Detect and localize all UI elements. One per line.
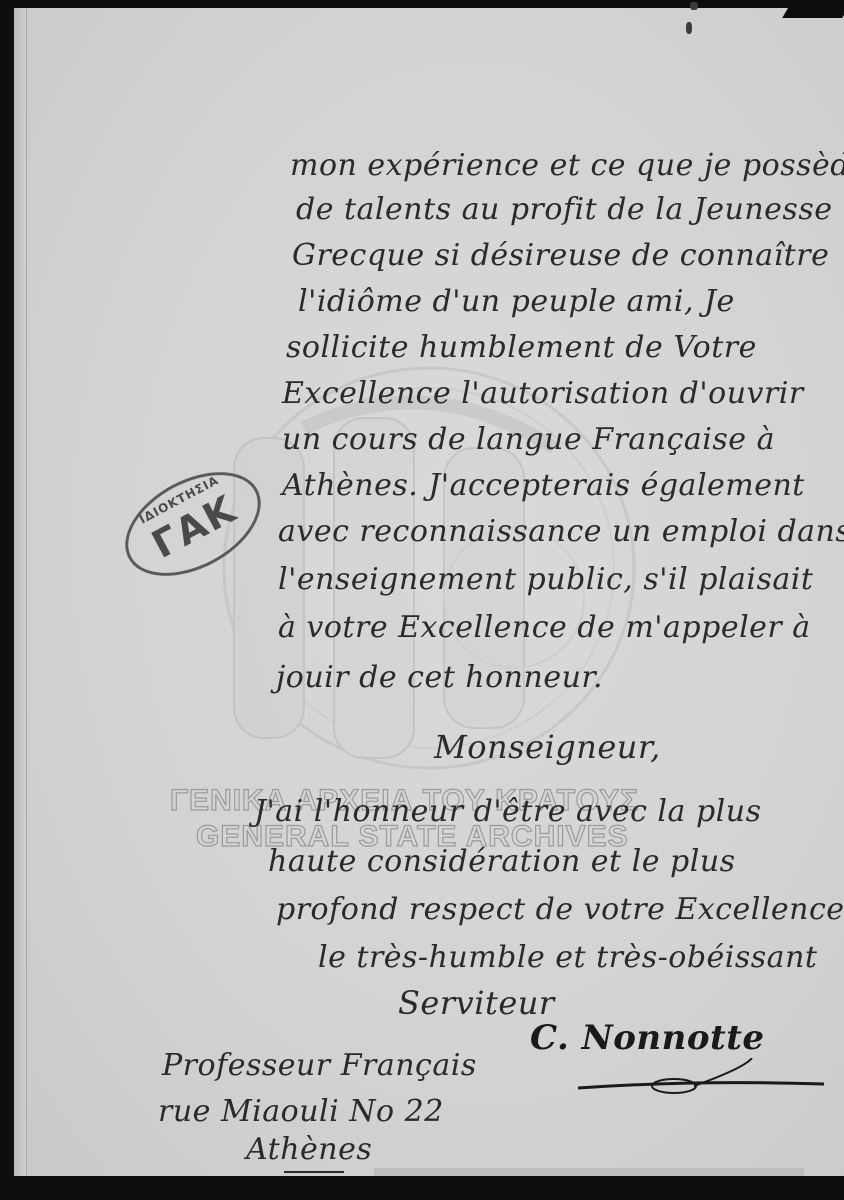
body-line: sollicite humblement de Votre <box>286 330 757 365</box>
page-binding-edge <box>14 8 27 1188</box>
salutation: Monseigneur, <box>434 728 661 766</box>
body-line: à votre Excellence de m'appeler à <box>278 610 811 645</box>
closing-line: J'ai l'honneur d'être avec la plus <box>254 794 761 829</box>
page-corner-shadow <box>782 8 844 18</box>
closing-line: Serviteur <box>398 984 555 1022</box>
signature-flourish-icon <box>574 1058 834 1098</box>
body-line: mon expérience et ce que je possède <box>290 148 844 183</box>
body-line: un cours de langue Française à <box>282 422 775 457</box>
sender-title: Professeur Français <box>162 1048 477 1083</box>
letter-page: ΙΔΙΟΚΤΗΣΙΑ ΓΑΚ ΓΕΝΙΚΑ ΑΡΧΕΙΑ ΤΟΥ ΚΡΑΤΟΥΣ… <box>14 8 844 1188</box>
ink-blot <box>686 22 692 34</box>
ink-blot <box>690 2 698 10</box>
page-bottom-shadow <box>14 1176 844 1188</box>
closing-line: haute considération et le plus <box>268 844 736 879</box>
body-line: Excellence l'autorisation d'ouvrir <box>282 376 804 411</box>
signature: C. Nonnotte <box>530 1018 765 1058</box>
body-line: Grecque si désireuse de connaître <box>292 238 829 273</box>
page-bottom-fold <box>374 1168 804 1176</box>
body-line: Athènes. J'accepterais également <box>282 468 805 503</box>
sender-address: rue Miaouli No 22 <box>158 1094 444 1129</box>
body-line: l'idiôme d'un peuple ami, Je <box>298 284 735 319</box>
body-line: avec reconnaissance un emploi dans <box>278 514 844 549</box>
body-line: de talents au profit de la Jeunesse <box>296 192 832 227</box>
closing-line: profond respect de votre Excellence <box>276 892 844 927</box>
city-underline <box>284 1171 344 1173</box>
closing-line: le très-humble et très-obéissant <box>318 940 817 975</box>
sender-city: Athènes <box>246 1132 372 1167</box>
body-line: l'enseignement public, s'il plaisait <box>278 562 813 597</box>
body-line: jouir de cet honneur. <box>276 660 603 695</box>
